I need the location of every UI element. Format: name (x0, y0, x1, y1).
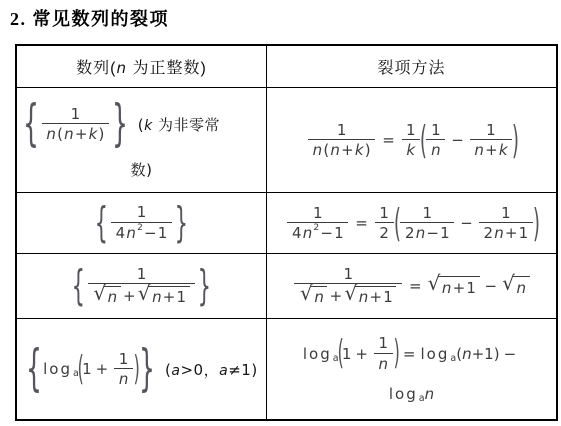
fraction-t1: 1 n (426, 122, 445, 159)
equals-sign: = (403, 345, 416, 363)
cell-seq-4: { loga ( 1 + 1 n ) } (a>0，a≠1) (17, 319, 267, 419)
minus-sign: − (504, 345, 517, 363)
seq-3-formula: { 1 √n + √n+1 } (71, 266, 212, 307)
sqrt-radical: √n+1 (428, 276, 480, 297)
right-brace: } (139, 345, 155, 393)
log-label: log (389, 385, 418, 403)
fraction: 1 n (374, 335, 393, 372)
fraction-t2: 1 2n+1 (479, 205, 533, 242)
left-paren: ( (393, 205, 400, 241)
sqrt-radical: √n (299, 286, 328, 306)
fraction: 1 n (114, 351, 133, 388)
sqrt-radical: √n+1 (137, 286, 190, 306)
sqrt-radical: √n (502, 276, 529, 297)
left-brace: { (95, 203, 108, 243)
plus-sign: + (96, 360, 109, 378)
right-brace: } (112, 100, 128, 148)
fraction: 1 √n + √n+1 (88, 266, 196, 307)
sqrt-radical: √n+1 (344, 286, 397, 306)
fraction-coef: 1 2 (375, 205, 394, 242)
left-brace: { (72, 266, 85, 306)
left-paren: ( (77, 353, 83, 385)
method-4-line2: logan (389, 385, 434, 403)
equals-sign: = (355, 214, 368, 232)
equals-sign: = (382, 131, 395, 149)
right-brace: } (198, 266, 211, 306)
method-4-line1: loga ( 1 + 1 n ) = loga (n+1) − (303, 335, 520, 372)
fraction-lhs: 1 n(n+k) (308, 122, 375, 159)
method-2-formula: 1 4n2−1 = 1 2 ( 1 2n−1 − 1 2n+1 ) (285, 205, 537, 242)
fraction-coef: 1 k (402, 122, 420, 159)
header-sequence-column: 数列(n 为正整数) (17, 46, 267, 88)
log-label: log (303, 345, 332, 363)
minus-sign: − (460, 214, 473, 232)
partial-fraction-table: 数列(n 为正整数) 裂项方法 ¤ { 1 n(n+k) } (k 为非零常 数… (15, 44, 558, 421)
header-col1-text: 数列(n 为正整数) (76, 55, 207, 78)
fraction-t2: 1 n+k (470, 122, 512, 159)
right-paren: ) (533, 205, 540, 241)
seq-2-formula: { 1 4n2−1 } (94, 203, 188, 243)
left-paren: ( (337, 337, 343, 369)
fraction-lhs: 1 √n + √n+1 (294, 266, 402, 307)
document-page: 2. 常见数列的裂项 数列(n 为正整数) 裂项方法 ¤ { 1 n(n+k) … (0, 0, 561, 426)
plus-sign: + (355, 345, 368, 363)
method-3-formula: 1 √n + √n+1 = √n+1 − √n (292, 266, 530, 307)
header-method-column: 裂项方法 ¤ (267, 46, 556, 88)
fraction: 1 n(n+k) (42, 106, 109, 143)
left-brace: { (26, 345, 42, 393)
fraction-t1: 1 2n−1 (400, 205, 454, 242)
method-4-formula: loga ( 1 + 1 n ) = loga (n+1) − logan (267, 335, 556, 403)
left-brace: { (23, 100, 39, 148)
header-col2-text: 裂项方法 (377, 55, 445, 78)
cell-method-1: 1 n(n+k) = 1 k ( 1 n − 1 n+k ) (267, 88, 556, 193)
log-label: log (43, 360, 72, 378)
fraction-lhs: 1 4n2−1 (287, 205, 348, 242)
sqrt-radical: √n (93, 286, 122, 306)
cell-method-3: 1 √n + √n+1 = √n+1 − √n ¤ (267, 254, 556, 319)
seq-1-note: (k 为非零常 (138, 114, 220, 135)
left-paren: ( (420, 122, 427, 158)
seq-4-formula: { loga ( 1 + 1 n ) } (a>0，a≠1) (25, 345, 257, 393)
seq-1-line1: { 1 n(n+k) } (k 为非零常 (17, 100, 266, 148)
cell-seq-2: { 1 4n2−1 } (17, 193, 267, 254)
right-paren: ) (512, 122, 519, 158)
log-label: log (421, 345, 450, 363)
page-title: 2. 常见数列的裂项 (10, 5, 169, 31)
seq-4-note: (a>0，a≠1) (165, 359, 258, 380)
minus-sign: − (485, 277, 498, 295)
right-paren: ) (393, 337, 399, 369)
cell-method-2: 1 4n2−1 = 1 2 ( 1 2n−1 − 1 2n+1 ) (267, 193, 556, 254)
fraction: 1 4n2−1 (111, 204, 172, 241)
cell-seq-1: { 1 n(n+k) } (k 为非零常 数) (17, 88, 267, 193)
equals-sign: = (409, 277, 422, 295)
seq-1-note-line2: 数) (17, 159, 266, 180)
method-1-formula: 1 n(n+k) = 1 k ( 1 n − 1 n+k ) (306, 122, 517, 159)
seq-1-content: { 1 n(n+k) } (k 为非零常 数) (17, 100, 266, 180)
cell-method-4: loga ( 1 + 1 n ) = loga (n+1) − logan (267, 319, 556, 419)
minus-sign: − (451, 131, 464, 149)
right-brace: } (175, 203, 188, 243)
cell-seq-3: { 1 √n + √n+1 } (17, 254, 267, 319)
